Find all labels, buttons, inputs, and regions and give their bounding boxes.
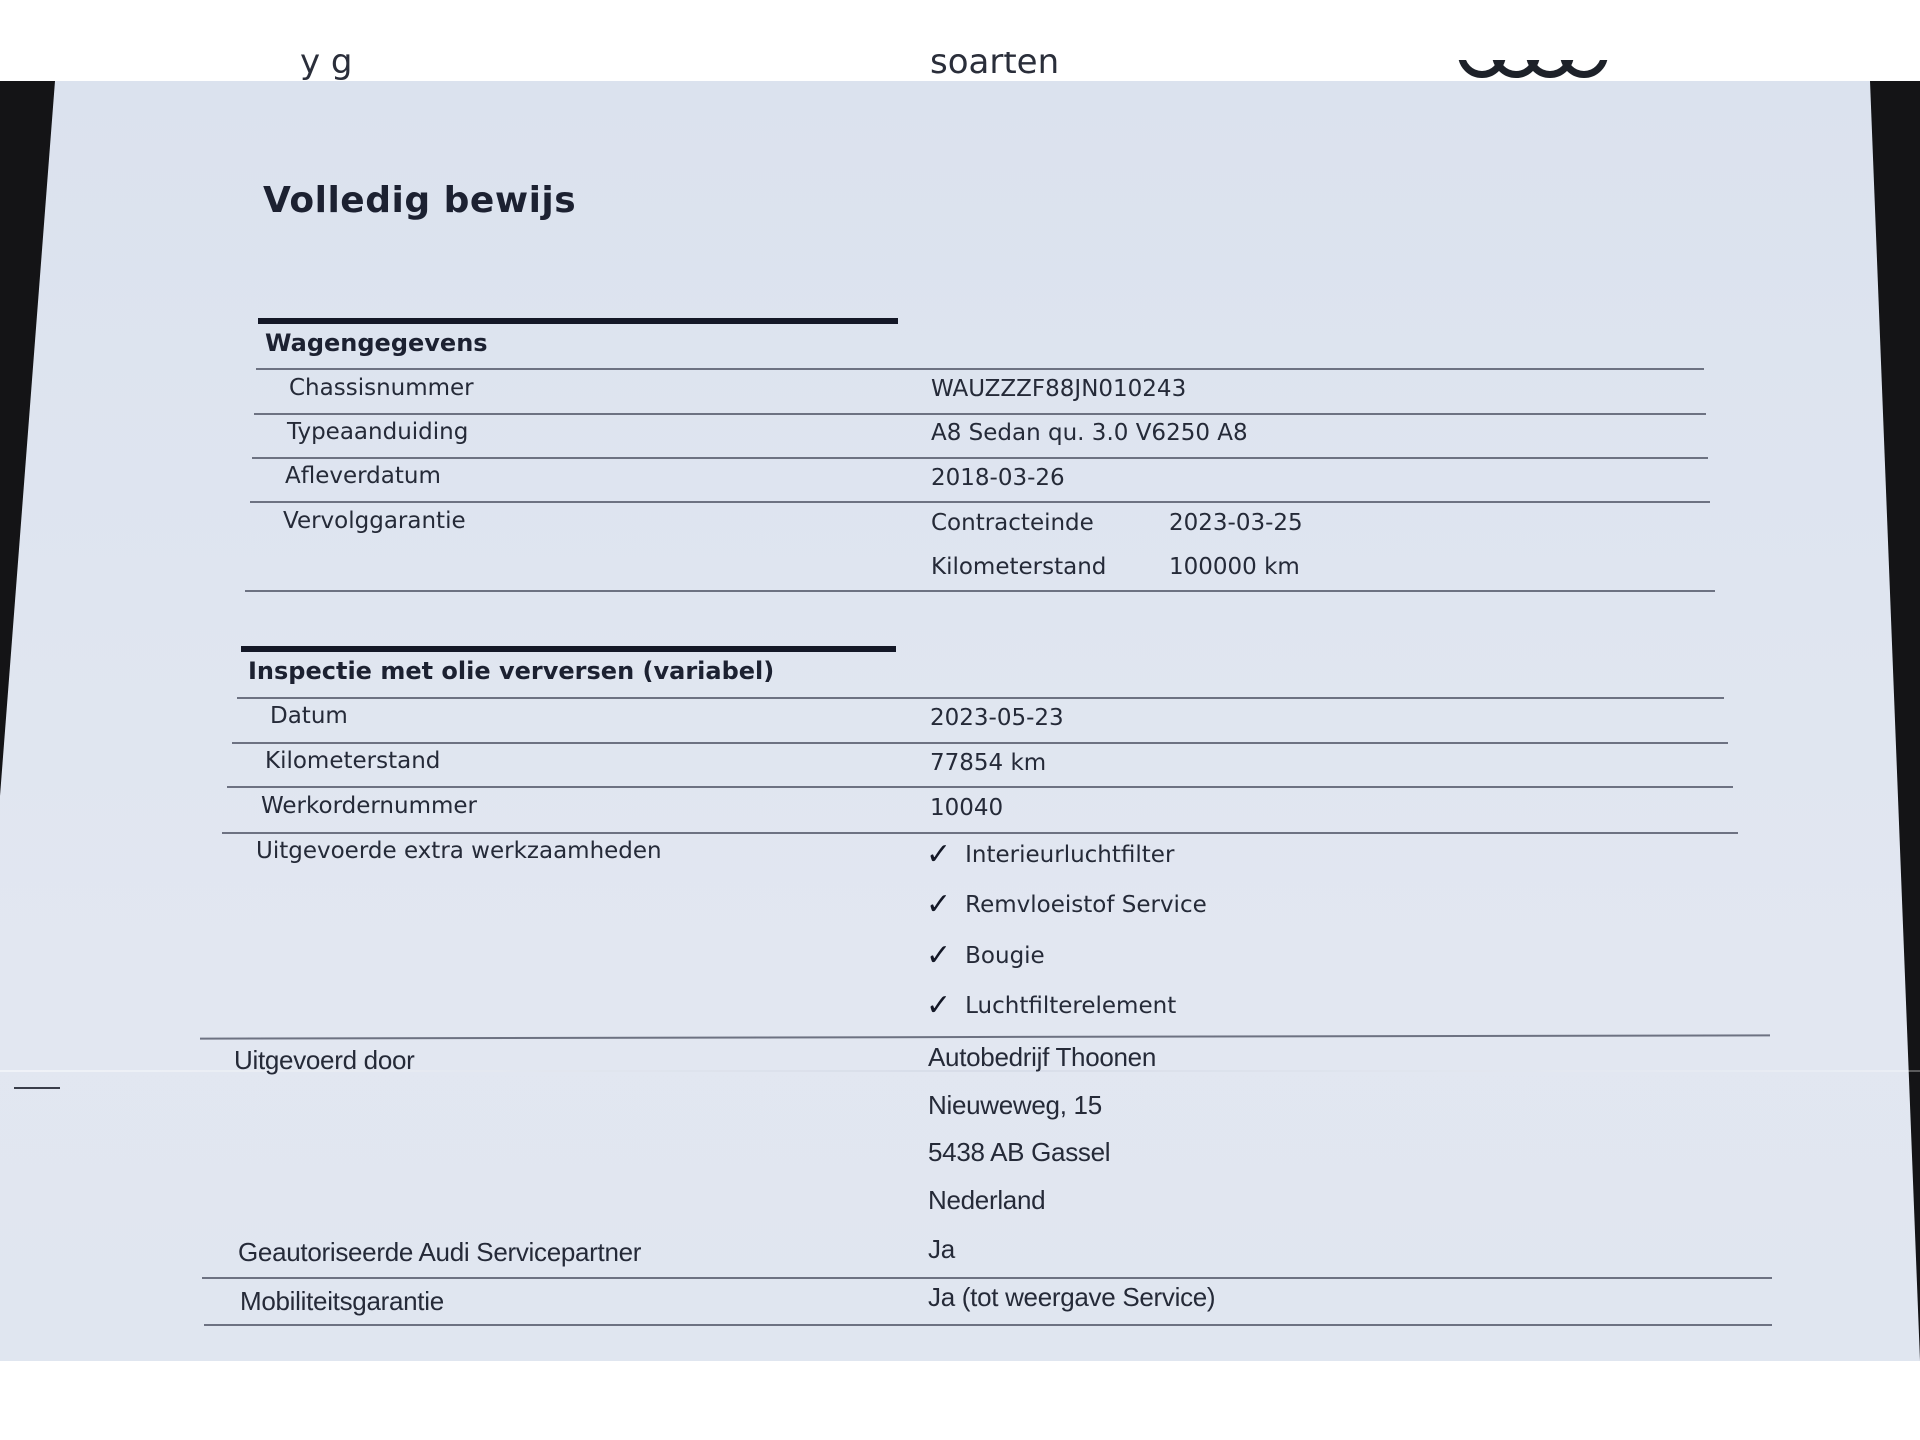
checkmark-icon: ✓ [926,890,951,920]
label-mobiliteitsgarantie: Mobiliteitsgarantie [240,1286,444,1317]
checkmark-icon: ✓ [926,840,951,870]
extra-work-item: ✓ Remvloeistof Service [926,890,1207,920]
divider [245,590,1715,592]
value-contracteinde: 2023-03-25 [1169,510,1303,536]
label-vervolggarantie: Vervolggarantie [283,508,466,534]
value-chassisnummer: WAUZZZF88JN010243 [931,376,1186,402]
divider [254,413,1706,415]
label-afleverdatum: Afleverdatum [285,463,441,489]
label-datum: Datum [270,703,348,729]
dealer-country: Nederland [928,1185,1045,1216]
divider [250,501,1710,503]
value-mobiliteitsgarantie: Ja (tot weergave Service) [928,1282,1215,1313]
value-werkordernummer: 10040 [930,795,1003,821]
label-geautoriseerde-servicepartner: Geautoriseerde Audi Servicepartner [238,1237,641,1268]
label-werkordernummer: Werkordernummer [261,793,477,819]
section-bar [258,318,898,324]
checkmark-icon: ✓ [926,991,951,1021]
label-vervolg-kilometerstand: Kilometerstand [931,554,1106,580]
label-contracteinde: Contracteinde [931,510,1094,536]
divider [222,832,1738,834]
value-geautoriseerde-servicepartner: Ja [928,1234,955,1265]
label-typeaanduiding: Typeaanduiding [287,419,468,445]
divider [256,368,1704,370]
checkmark-icon: ✓ [926,941,951,971]
extra-work-item: ✓ Luchtfilterelement [926,991,1176,1021]
audi-logo-icon [1458,60,1608,85]
section-heading-wagengegevens: Wagengegevens [265,329,488,357]
extra-work-item: ✓ Interieurluchtfilter [926,840,1174,870]
section-bar [241,646,896,652]
value-typeaanduiding: A8 Sedan qu. 3.0 V6250 A8 [931,420,1248,446]
divider [227,786,1733,788]
edge-mark [14,1087,60,1089]
label-extra-werkzaamheden: Uitgevoerde extra werkzaamheden [256,838,662,864]
header-cutoff-left: y g [300,52,353,82]
dealer-postcode-city: 5438 AB Gassel [928,1137,1110,1168]
divider [237,697,1724,699]
value-vervolg-kilometerstand: 100000 km [1169,554,1300,580]
divider [202,1277,1772,1279]
section-heading-inspectie: Inspectie met olie verversen (variabel) [248,657,774,685]
label-chassisnummer: Chassisnummer [289,375,474,401]
divider [204,1324,1772,1326]
divider [252,457,1708,459]
extra-work-item: ✓ Bougie [926,941,1045,971]
dealer-street: Nieuweweg, 15 [928,1090,1102,1121]
page-title: Volledig bewijs [263,180,576,221]
divider [232,742,1728,744]
value-kilometerstand: 77854 km [930,750,1046,776]
header-cutoff-mid: soarten [930,52,1059,82]
value-datum: 2023-05-23 [930,705,1064,731]
label-uitgevoerd-door: Uitgevoerd door [234,1045,415,1076]
label-kilometerstand: Kilometerstand [265,748,440,774]
value-afleverdatum: 2018-03-26 [931,465,1065,491]
dealer-name: Autobedrijf Thoonen [928,1042,1156,1073]
